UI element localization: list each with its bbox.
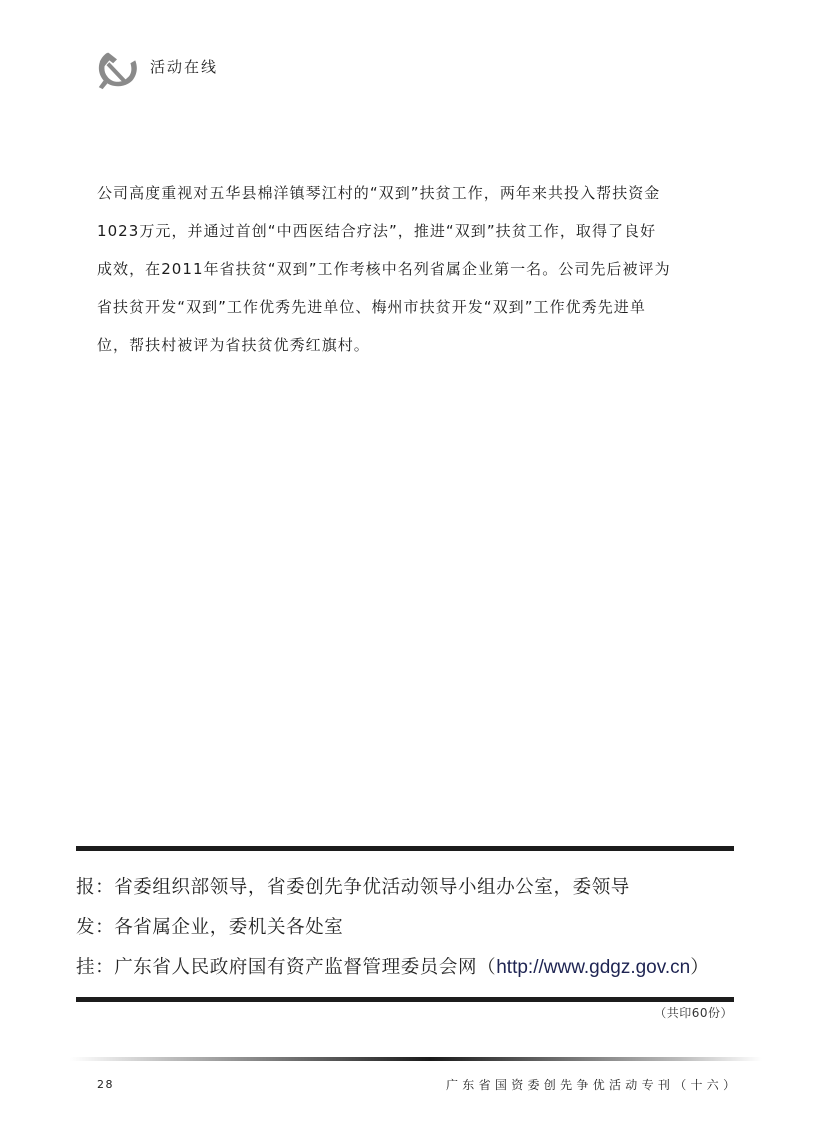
footer-gradient-divider [70,1057,762,1061]
distribution-block: 报：省委组织部领导，省委创先争优活动领导小组办公室，委领导 发：各省属企业，委机… [76,846,734,1002]
bottom-rule-divider [76,997,734,1002]
article-line: 省扶贫开发“双到”工作优秀先进单位、梅州市扶贫开发“双到”工作优秀先进单 [97,288,712,326]
report-to-line: 报：省委组织部领导，省委创先争优活动领导小组办公室，委领导 [76,868,734,908]
posted-on-prefix: 挂：广东省人民政府国有资产监督管理委员会网 [76,957,477,978]
publication-title: 广东省国资委创先争优活动专刊（十六） [446,1076,739,1093]
posted-on-line: 挂：广东省人民政府国有资产监督管理委员会网（http://www.gdgz.go… [76,948,734,988]
article-line: 成效，在2011年省扶贫“双到”工作考核中名列省属企业第一名。公司先后被评为 [97,250,712,288]
open-paren: （ [477,957,496,978]
print-copies-note: （共印60份） [654,1004,733,1021]
article-body: 公司高度重视对五华县棉洋镇琴江村的“双到”扶贫工作，两年来共投入帮扶资金 102… [97,174,712,364]
hammer-and-sickle-icon [94,45,140,91]
article-line: 位，帮扶村被评为省扶贫优秀红旗村。 [97,326,712,364]
page-header: 活动在线 [94,44,218,92]
section-title: 活动在线 [150,56,218,77]
article-line: 公司高度重视对五华县棉洋镇琴江村的“双到”扶贫工作，两年来共投入帮扶资金 [97,174,712,212]
page-number: 28 [97,1078,114,1091]
send-to-line: 发：各省属企业，委机关各处室 [76,908,734,948]
website-link[interactable]: http://www.gdgz.gov.cn [496,957,690,978]
article-line: 1023万元，并通过首创“中西医结合疗法”，推进“双到”扶贫工作，取得了良好 [97,212,712,250]
close-paren: ） [690,957,709,978]
